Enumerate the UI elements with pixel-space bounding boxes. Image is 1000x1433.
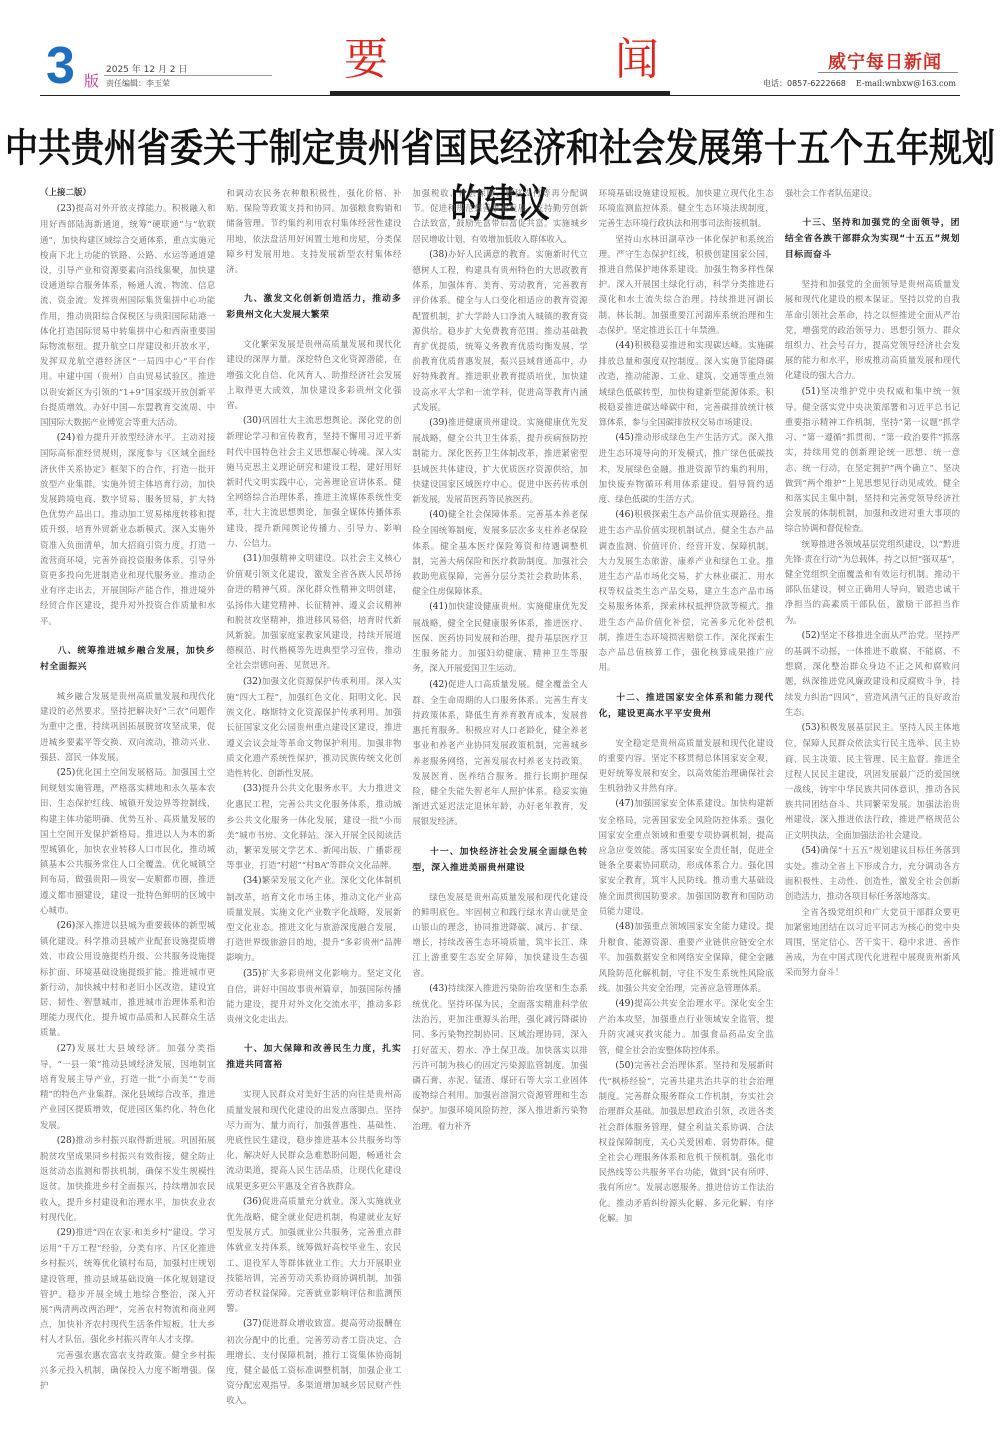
page-number: 3 [46,40,75,92]
paragraph-text: 完善强农惠农富农支持政策。健全乡村振兴多元投入机制，确保投入力度不断增强。保护 [40,1350,215,1390]
paragraph: (43)持续深入推进污染防治攻坚和生态系统优化。坚持环保为民，全面落实精准科学依… [412,981,587,1134]
clause-number: (36) [243,1197,261,1207]
paragraph: (49)提高公共安全治理水平。深化安全生产治本攻坚，加强重点行业领域安全监管，提… [599,996,774,1058]
paragraph-text: 实现人民群众对美好生活的向往是贵州高质量发展和现代化建设的出发点落脚点。坚持尽力… [226,1089,401,1190]
clause-number: (30) [243,416,261,426]
paragraph: (54)确保“十五五”规划建议目标任务落到实处。推动全省上下形成合力，充分调动各… [785,843,960,905]
clause-number: (45) [615,433,633,443]
paragraph-text: 文化繁荣发展是贵州高质量发展和现代化建设的深厚力量。深挖特色文化资源潜能，在增强… [226,339,401,410]
paragraph-text: 城乡融合发展是贵州高质量发展和现代化建设的必然要求。坚持把解决好“三农”问题作为… [40,691,215,762]
paragraph-text: 推动乡村振兴取得新进展。巩固拓展脱贫攻坚成果同乡村振兴有效衔接，健全防止返贫动态… [40,1135,215,1222]
paragraph: (30)巩固壮大主流思想舆论。深化党的创新理论学习和宣传教育，坚持不懈用习近平新… [226,413,401,551]
clause-number: (47) [615,799,633,809]
paragraph: 强社会工作者队伍建设。 [785,186,960,201]
section-title-char-2: 闻 [615,36,659,84]
paragraph-text: 积极发展基层民主。坚持人民主体地位，保障人民群众依法实行民主选举、民主协商、民主… [785,722,960,839]
paragraph: (24)着力提升开放型经济水平。主动对接国际高标准经贸规则，深度参与《区域全面经… [40,430,215,629]
paragraph-text: 坚决维护党中央权威和集中统一领导。健全落实党中央决策部署和习近平总书记重要指示精… [785,386,960,534]
paragraph-text: 加强国家安全体系建设。加快构建新安全格局，完善国家安全风险防控体系。强化国家安全… [599,798,774,915]
paragraph: (28)推动乡村振兴取得新进展。巩固拓展脱贫攻坚成果同乡村振兴有效衔接，健全防止… [40,1133,215,1225]
clause-number: (41) [429,602,447,612]
paragraph-text: 加强文化资源保护传承利用。深入实施“四大工程”，加强红色文化、阳明文化、民族文化… [226,676,401,778]
paragraph: 安全稳定是贵州高质量发展和现代化建设的重要内容。坚定不移贯彻总体国家安全观，更好… [599,736,774,797]
clause-number: (33) [243,784,261,794]
clause-number: (43) [429,984,447,994]
paragraph-text: 提高对外开放支撑能力。积极融入和用好西部陆海新通道，统筹“硬联通”与“软联通”，… [40,203,215,427]
paragraph-text: 积极探索生态产品价值实现路径。推进生态产品价值实现机制试点，健全生态产品调查监测… [599,509,774,672]
paragraph: (42)促进人口高质量发展。健全覆盖全人群、全生命周期的人口服务体系。完善生育支… [412,677,587,830]
date-divider [104,75,272,76]
paragraph-text: 深入推进以县城为重要载体的新型城镇化建设。科学推动县城产业配套设施提质增效、市政… [40,920,215,1037]
paragraph: 城乡融合发展是贵州高质量发展和现代化建设的必然要求。坚持把解决好“三农”问题作为… [40,689,215,765]
paragraph-text: 绿色发展是贵州高质量发展和现代化建设的鲜明底色。牢固树立和践行绿水青山就是金山银… [412,892,587,978]
clause-number: (40) [429,510,447,520]
paragraph-text: 加强税收、社会保障、转移支付等再分配调节。促进和规范慈善事业发展。支持勤劳创新合… [412,188,587,244]
paragraph: 坚持山水林田湖草沙一体化保护和系统治理。严守生态保护红线，积极创建国家公园，推进… [599,232,774,338]
paragraph-text: 办好人民满意的教育。实施新时代立德树人工程，构建具有贵州特色的大思政教育体系，加… [412,249,587,412]
clause-number: (32) [243,677,261,687]
clause-number: (51) [802,387,820,397]
paragraph: (53)积极发展基层民主。坚持人民主体地位，保障人民群众依法实行民主选举、民主协… [785,720,960,843]
clause-number: (27) [57,1044,75,1054]
section-heading: 八、统筹推进城乡融合发展，加快乡村全面振兴 [40,643,215,675]
paragraph: (50)完善社会治理体系。坚持和发展新时代“枫桥经验”，完善共建共治共享的社会治… [599,1058,774,1226]
paragraph: 坚持和加强党的全面领导是贵州高质量发展和现代化建设的根本保证。坚持以党的自我革命… [785,277,960,383]
paragraph: (44)积极稳妥推进和实现碳达峰。实施碳排放总量和强度双控制度。深入实施节能降碳… [599,338,774,430]
paragraph: 文化繁荣发展是贵州高质量发展和现代化建设的深厚力量。深挖特色文化资源潜能，在增强… [226,337,401,413]
paragraph-text: 促进人口高质量发展。健全覆盖全人群、全生命周期的人口服务体系。完善生育支持政策体… [412,679,587,827]
paragraph: 全省各级党组织和广大党员干部群众要更加紧密地团结在以习近平同志为核心的党中央周围… [785,905,960,981]
editor-credit: 责任编辑：李玉荣 [106,78,170,89]
paragraph: (37)促进群众增收致富。提高劳动报酬在初次分配中的比重。完善劳动者工资决定、合… [226,1316,401,1408]
clause-number: (49) [615,999,633,1009]
continuation-note: （上接二版） [40,186,215,201]
paragraph-text: 持续深入推进污染防治攻坚和生态系统优化。坚持环保为民，全面落实精准科学依法治污，… [412,983,587,1131]
paragraph-text: 推进“四在农家·和美乡村”建设。学习运用“千万工程”经验，分类有序、片区化推进乡… [40,1227,215,1344]
paragraph-text: 坚持和加强党的全面领导是贵州高质量发展和现代化建设的根本保证。坚持以党的自我革命… [785,279,960,380]
paragraph: (40)健全社会保障体系。完善基本养老保险全国统筹制度，发展多层次多支柱养老保险… [412,507,587,599]
paragraph: (32)加强文化资源保护传承利用。深入实施“四大工程”，加强红色文化、阳明文化、… [226,674,401,781]
paragraph: 和调动农民务农种粮积极性，强化价格、补贴、保险等政策支持和协同。加强粮食购销和储… [226,186,401,277]
paragraph: (38)办好人民满意的教育。实施新时代立德树人工程，构建具有贵州特色的大思政教育… [412,247,587,415]
paragraph: (27)发展壮大县域经济。加强分类指导，“一县一策”推动县域经济发展，因地制宜培… [40,1041,215,1133]
clause-number: (25) [57,768,75,778]
paragraph: (39)推进健康贵州建设。实施健康优先发展战略，健全公共卫生体系，提升疾病预防控… [412,415,587,507]
clause-number: (48) [615,922,633,932]
paragraph-text: 推进健康贵州建设。实施健康优先发展战略，健全公共卫生体系，提升疾病预防控制能力。… [412,417,587,504]
email-address[interactable]: E-mail:wnbxw@163.com [856,79,956,88]
article-body: （上接二版）(23)提高对外开放支撑能力。积极融入和用好西部陆海新通道，统筹“硬… [40,186,960,1416]
phone-number: 电话：0857-6222668 [763,79,846,88]
paragraph: (23)提高对外开放支撑能力。积极融入和用好西部陆海新通道，统筹“硬联通”与“软… [40,201,215,430]
paragraph-text: 提升公共文化服务水平。大力推进文化惠民工程，完善公共文化服务体系，推动城乡公共文… [226,783,401,870]
column-3: 加强税收、社会保障、转移支付等再分配调节。促进和规范慈善事业发展。支持勤劳创新合… [412,186,587,1416]
section-heading: 十二、推进国家安全体系和能力现代化，建设更高水平平安贵州 [599,690,774,722]
paragraph: 加强税收、社会保障、转移支付等再分配调节。促进和规范慈善事业发展。支持勤劳创新合… [412,186,587,247]
paragraph-text: 优化国土空间发展格局。加强国土空间规划实施管理，严格落实耕地和永久基本农田、生态… [40,767,215,915]
paragraph-text: 着力提升开放型经济水平。主动对接国际高标准经贸规则，深度参与《区域全面经济伙伴关… [40,432,215,625]
paragraph-text: 强社会工作者队伍建设。 [785,188,877,198]
column-2: 和调动农民务农种粮积极性，强化价格、补贴、保险等政策支持和协同。加强粮食购销和储… [226,186,401,1416]
issue-date: 2025 年 12 月 2 日 [106,62,187,75]
section-heading: 九、激发文化创新创造活力，推动多彩贵州文化大发展大繁荣 [226,291,401,323]
paragraph: (46)积极探索生态产品价值实现路径。推进生态产品价值实现机制试点，健全生态产品… [599,507,774,675]
paragraph-text: 巩固壮大主流思想舆论。深化党的创新理论学习和宣传教育，坚持不懈用习近平新时代中国… [226,415,401,548]
clause-number: (28) [57,1136,75,1146]
clause-number: (35) [243,969,261,979]
paragraph: (41)加快建设健康贵州。实施健康优先发展战略，健全全民健康服务体系，推进医疗、… [412,599,587,676]
paragraph: 实现人民群众对美好生活的向往是贵州高质量发展和现代化建设的出发点落脚点。坚持尽力… [226,1087,401,1193]
clause-number: (39) [429,418,447,428]
contact-info: 电话：0857-6222668E-mail:wnbxw@163.com [763,78,956,89]
paragraph-text: 发展壮大县域经济。加强分类指导，“一县一策”推动县域经济发展，因地制宜培育发展主… [40,1043,215,1130]
paragraph: 绿色发展是贵州高质量发展和现代化建设的鲜明底色。牢固树立和践行绿水青山就是金山银… [412,890,587,981]
paragraph-text: 环境基础设施建设短板。加快建立现代化生态环境监测监控体系。健全生态环境法规制度，… [599,188,774,228]
paragraph: (33)提升公共文化服务水平。大力推进文化惠民工程，完善公共文化服务体系，推动城… [226,781,401,873]
paragraph: 统筹推进各领域基层党组织建设，以“黔进先锋·责在行动”为总载体，持之以恒“强双基… [785,537,960,628]
section-heading: 十、加大保障和改善民生力度，扎实推进共同富裕 [226,1041,401,1073]
clause-number: (34) [243,876,261,886]
paragraph: (29)推进“四在农家·和美乡村”建设。学习运用“千万工程”经验，分类有序、片区… [40,1225,215,1348]
paragraph-text: 促进高质量充分就业。深入实施就业优先战略，健全就业促进机制，构建就业友好型发展方… [226,1196,401,1313]
clause-number: (53) [802,723,820,733]
clause-number: (37) [243,1319,261,1329]
paragraph: (26)深入推进以县城为重要载体的新型城镇化建设。科学推动县城产业配套设施提质增… [40,918,215,1041]
section-heading: 十一、加快经济社会发展全面绿色转型，深入推进美丽贵州建设 [412,844,587,876]
clause-number: (54) [802,846,820,856]
clause-number: (29) [57,1228,75,1238]
clause-number: (26) [57,921,75,931]
clause-number: (52) [802,631,820,641]
paragraph: (48)加强重点领域国家安全能力建设。提升粮食、能源资源、重要产业链供应链安全水… [599,919,774,996]
paragraph-text: 加强精神文明建设。以社会主义核心价值观引领文化建设，激发全省各族人民昂扬奋进的精… [226,553,401,670]
paragraph-text: 完善社会治理体系。坚持和发展新时代“枫桥经验”，完善共建共治共享的社会治理制度。… [599,1060,774,1223]
paragraph-text: 统筹推进各领域基层党组织建设，以“黔进先锋·责在行动”为总载体，持之以恒“强双基… [785,539,960,625]
page-suffix: 版 [84,70,99,91]
clause-number: (24) [57,433,75,443]
clause-number: (23) [57,204,75,214]
column-5: 强社会工作者队伍建设。十三、坚持和加强党的全面领导，团结全省各族干部群众为实现“… [785,186,960,1416]
section-title-char-1: 要 [344,36,388,84]
paragraph-text: 坚定不移推进全面从严治党。坚持严的基调不动摇，一体推进不敢腐、不能腐、不想腐，深… [785,630,960,717]
paragraph-text: 健全社会保障体系。完善基本养老保险全国统筹制度，发展多层次多支柱养老保险体系。健… [412,509,587,596]
paragraph: (31)加强精神文明建设。以社会主义核心价值观引领文化建设，激发全省各族人民昂扬… [226,551,401,674]
paragraph-text: 坚持山水林田湖草沙一体化保护和系统治理。严守生态保护红线，积极创建国家公园，推进… [599,234,774,335]
paragraph-text: 和调动农民务农种粮积极性，强化价格、补贴、保险等政策支持和协同。加强粮食购销和储… [226,188,401,274]
paragraph: (35)扩大多彩贵州文化影响力。坚定文化自信，讲好中国故事贵州篇章，加强国际传播… [226,966,401,1028]
paragraph: (47)加强国家安全体系建设。加快构建新安全格局，完善国家安全风险防控体系。强化… [599,796,774,919]
paragraph: (45)推动形成绿色生产生活方式。深入推进生态环境导向的开发模式，推广绿色低碳技… [599,430,774,507]
paragraph-text: 全省各级党组织和广大党员干部群众要更加紧密地团结在以习近平同志为核心的党中央周围… [785,907,960,978]
newspaper-name: 威宁每日新闻 [828,48,942,74]
clause-number: (44) [615,341,633,351]
paragraph-text: 促进群众增收致富。提高劳动报酬在初次分配中的比重。完善劳动者工资决定、合理增长、… [226,1318,401,1405]
paragraph: (34)繁荣发展文化产业。深化文化体制机制改革，培育文化市场主体，推动文化产业高… [226,873,401,965]
column-1: （上接二版）(23)提高对外开放支撑能力。积极融入和用好西部陆海新通道，统筹“硬… [40,186,215,1416]
clause-number: (50) [615,1061,633,1071]
paragraph: 完善强农惠农富农支持政策。健全乡村振兴多元投入机制，确保投入力度不断增强。保护 [40,1348,215,1394]
paragraph: (52)坚定不移推进全面从严治党。坚持严的基调不动摇，一体推进不敢腐、不能腐、不… [785,628,960,720]
paragraph: 环境基础设施建设短板。加快建立现代化生态环境监测监控体系。健全生态环境法规制度，… [599,186,774,232]
paragraph: (25)优化国土空间发展格局。加强国土空间规划实施管理，严格落实耕地和永久基本农… [40,765,215,918]
section-heading: 十三、坚持和加强党的全面领导，团结全省各族干部群众为实现“十五五”规划目标而奋斗 [785,215,960,263]
newspaper-name-divider [818,72,958,73]
clause-number: (46) [615,510,633,520]
clause-number: (42) [429,680,447,690]
paragraph-text: 繁荣发展文化产业。深化文化体制机制改革，培育文化市场主体，推动文化产业高质量发展… [226,875,401,962]
masthead: 3 版 2025 年 12 月 2 日 责任编辑：李玉荣 要 闻 威宁每日新闻 … [0,0,1000,100]
clause-number: (31) [243,554,261,564]
paragraph-text: 安全稳定是贵州高质量发展和现代化建设的重要内容。坚定不移贯彻总体国家安全观，更好… [599,738,774,794]
paragraph-text: 积极稳妥推进和实现碳达峰。实施碳排放总量和强度双控制度。深入实施节能降碳改造，推… [599,340,774,427]
paragraph: (36)促进高质量充分就业。深入实施就业优先战略，健全就业促进机制，构建就业友好… [226,1194,401,1317]
paragraph: (51)坚决维护党中央权威和集中统一领导。健全落实党中央决策部署和习近平总书记重… [785,384,960,537]
masthead-rule [40,95,960,96]
column-4: 环境基础设施建设短板。加快建立现代化生态环境监测监控体系。健全生态环境法规制度，… [599,186,774,1416]
clause-number: (38) [429,250,447,260]
